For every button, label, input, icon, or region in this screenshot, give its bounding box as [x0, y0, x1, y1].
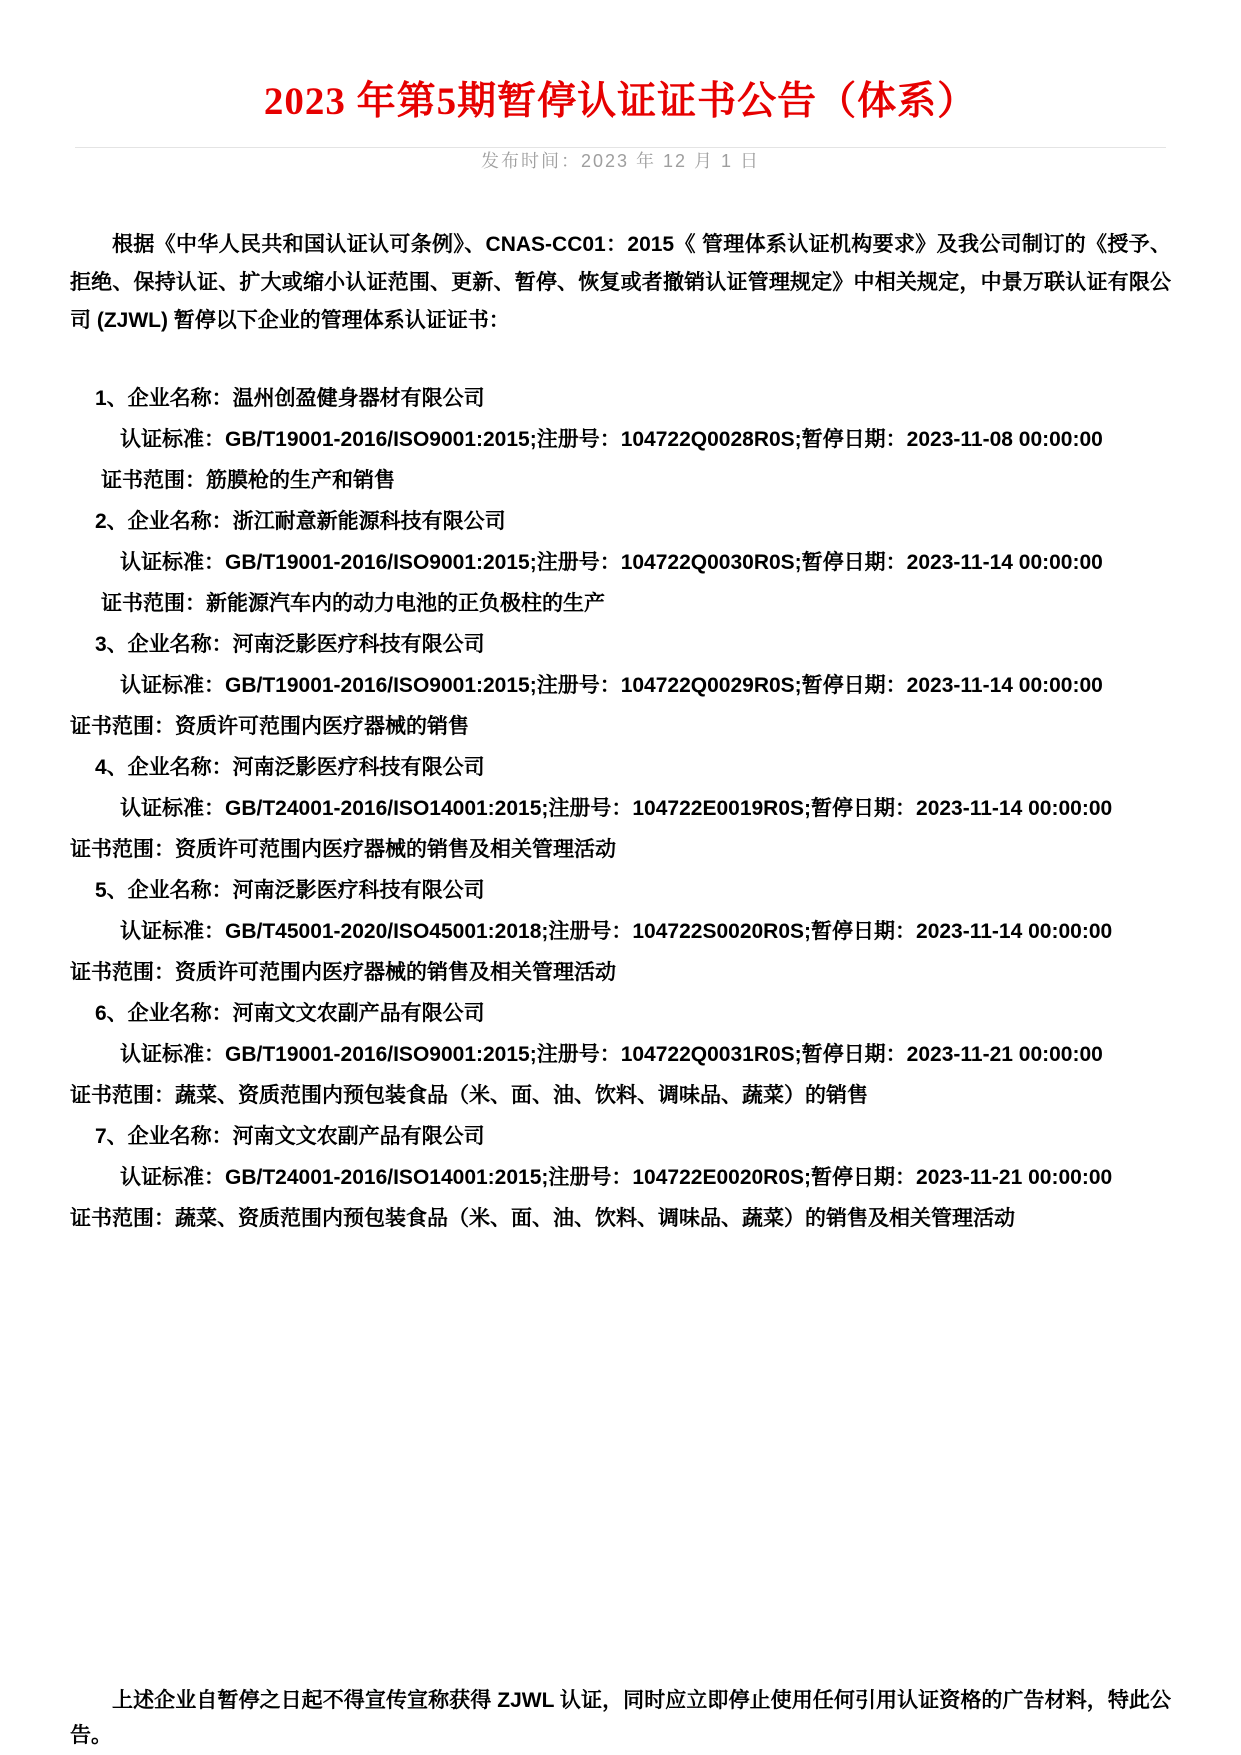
company-entry-1: 1、企业名称：温州创盈健身器材有限公司 认证标准：GB/T19001-2016/… — [70, 386, 1171, 493]
company-entry-3: 3、企业名称：河南泛影医疗科技有限公司 认证标准：GB/T19001-2016/… — [70, 632, 1171, 739]
company-name-line: 4、企业名称：河南泛影医疗科技有限公司 — [70, 755, 1171, 780]
company-list: 1、企业名称：温州创盈健身器材有限公司 认证标准：GB/T19001-2016/… — [70, 386, 1171, 1231]
company-name-line: 2、企业名称：浙江耐意新能源科技有限公司 — [70, 509, 1171, 534]
company-scope-line: 证书范围：蔬菜、资质范围内预包装食品（米、面、油、饮料、调味品、蔬菜）的销售及相… — [70, 1206, 1171, 1231]
company-entry-4: 4、企业名称：河南泛影医疗科技有限公司 认证标准：GB/T24001-2016/… — [70, 755, 1171, 862]
company-scope-line: 证书范围：蔬菜、资质范围内预包装食品（米、面、油、饮料、调味品、蔬菜）的销售 — [70, 1083, 1171, 1108]
company-name-line: 3、企业名称：河南泛影医疗科技有限公司 — [70, 632, 1171, 657]
company-standard-line: 认证标准：GB/T24001-2016/ISO14001:2015;注册号：10… — [70, 796, 1171, 821]
company-name-line: 1、企业名称：温州创盈健身器材有限公司 — [70, 386, 1171, 411]
company-standard-line: 认证标准：GB/T45001-2020/ISO45001:2018;注册号：10… — [70, 919, 1171, 944]
company-standard-line: 认证标准：GB/T24001-2016/ISO14001:2015;注册号：10… — [70, 1165, 1171, 1190]
company-scope-line: 证书范围：资质许可范围内医疗器械的销售及相关管理活动 — [70, 837, 1171, 862]
company-standard-line: 认证标准：GB/T19001-2016/ISO9001:2015;注册号：104… — [70, 1042, 1171, 1067]
company-scope-line: 证书范围：资质许可范围内医疗器械的销售及相关管理活动 — [70, 960, 1171, 985]
company-entry-5: 5、企业名称：河南泛影医疗科技有限公司 认证标准：GB/T45001-2020/… — [70, 878, 1171, 985]
publish-date: 发布时间：2023 年 12 月 1 日 — [0, 150, 1241, 172]
title-divider — [75, 147, 1166, 148]
announcement-page: 2023 年第5期暂停认证证书公告（体系） 发布时间：2023 年 12 月 1… — [0, 0, 1241, 1755]
company-entry-6: 6、企业名称：河南文文农副产品有限公司 认证标准：GB/T19001-2016/… — [70, 1001, 1171, 1108]
company-scope-line: 证书范围：新能源汽车内的动力电池的正负极柱的生产 — [70, 591, 1171, 616]
company-entry-7: 7、企业名称：河南文文农副产品有限公司 认证标准：GB/T24001-2016/… — [70, 1124, 1171, 1231]
company-name-line: 5、企业名称：河南泛影医疗科技有限公司 — [70, 878, 1171, 903]
company-standard-line: 认证标准：GB/T19001-2016/ISO9001:2015;注册号：104… — [70, 673, 1171, 698]
page-title: 2023 年第5期暂停认证证书公告（体系） — [70, 78, 1171, 126]
intro-paragraph: 根据《中华人民共和国认证认可条例》、CNAS-CC01：2015《 管理体系认证… — [70, 226, 1171, 340]
company-standard-line: 认证标准：GB/T19001-2016/ISO9001:2015;注册号：104… — [70, 427, 1171, 452]
company-standard-line: 认证标准：GB/T19001-2016/ISO9001:2015;注册号：104… — [70, 550, 1171, 575]
company-scope-line: 证书范围：筋膜枪的生产和销售 — [70, 468, 1171, 493]
company-name-line: 7、企业名称：河南文文农副产品有限公司 — [70, 1124, 1171, 1149]
company-name-line: 6、企业名称：河南文文农副产品有限公司 — [70, 1001, 1171, 1026]
company-scope-line: 证书范围：资质许可范围内医疗器械的销售 — [70, 714, 1171, 739]
closing-paragraph: 上述企业自暂停之日起不得宣传宣称获得 ZJWL 认证，同时应立即停止使用任何引用… — [70, 1683, 1171, 1753]
company-entry-2: 2、企业名称：浙江耐意新能源科技有限公司 认证标准：GB/T19001-2016… — [70, 509, 1171, 616]
